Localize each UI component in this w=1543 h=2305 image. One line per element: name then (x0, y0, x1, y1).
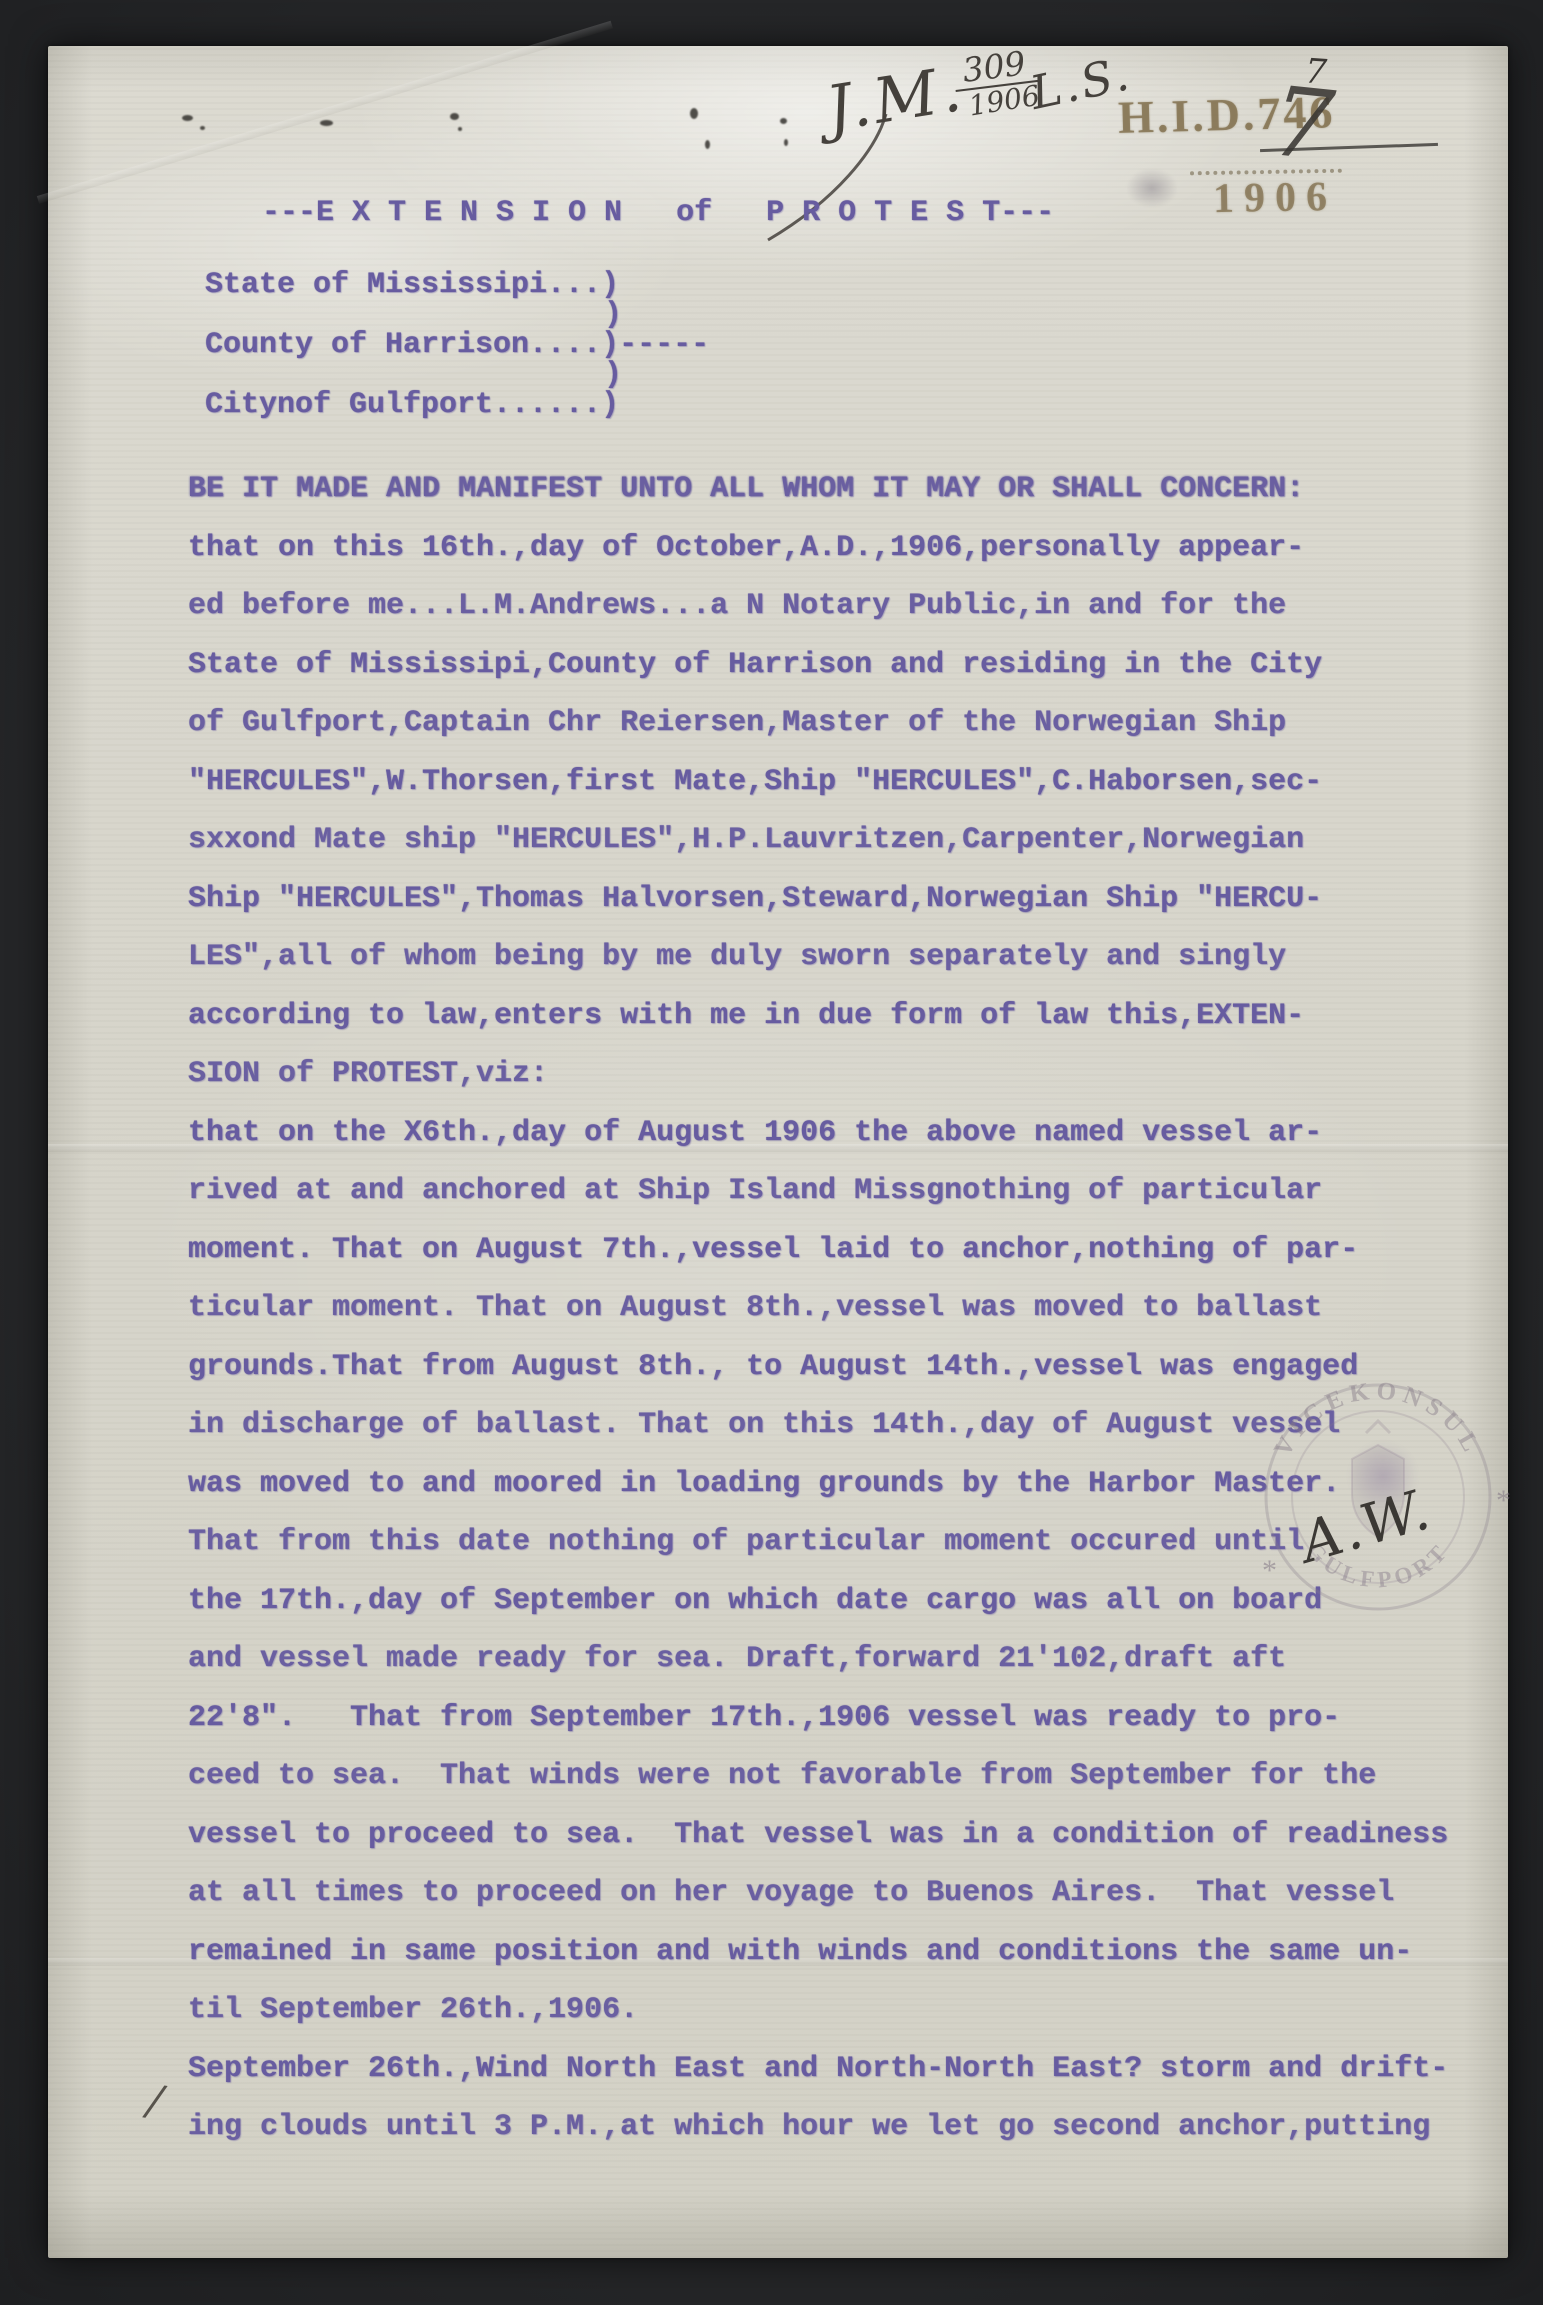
year-stamp: 1906 (1213, 173, 1338, 223)
pencil-margin-tick: / (145, 2075, 166, 2125)
typed-line: according to law,enters with me in due f… (188, 987, 1518, 1046)
typed-line: of Gulfport,Captain Chr Reiersen,Master … (188, 694, 1518, 753)
typed-line: "HERCULES",W.Thorsen,first Mate,Ship "HE… (188, 753, 1518, 812)
typed-line: Ship "HERCULES",Thomas Halvorsen,Steward… (188, 870, 1518, 929)
typed-line: and vessel made ready for sea. Draft,for… (188, 1630, 1518, 1689)
typed-line: remained in same position and with winds… (188, 1923, 1518, 1982)
paper-tear-speck (450, 113, 459, 120)
consulate-star: * (1496, 1484, 1511, 1518)
typed-line: ceed to sea. That winds were not favorab… (188, 1747, 1518, 1806)
typed-body: BE IT MADE AND MANIFEST UNTO ALL WHOM IT… (188, 460, 1518, 2157)
typed-line: moment. That on August 7th.,vessel laid … (188, 1221, 1518, 1280)
photo-background: J.M. 309 1906 L.S. H.I.D.746 7 7 1906 --… (0, 0, 1543, 2305)
typed-line: rived at and anchored at Ship Island Mis… (188, 1162, 1518, 1221)
venue-county: County of Harrison....)----- (205, 328, 709, 362)
typed-line: September 26th.,Wind North East and Nort… (188, 2040, 1518, 2099)
handwritten-initials: J.M. (821, 52, 970, 146)
typed-line: til September 26th.,1906. (188, 1981, 1518, 2040)
paper-tear-speck (200, 126, 205, 130)
stamp-crown (1366, 1421, 1390, 1433)
typed-line: ticular moment. That on August 8th.,vess… (188, 1279, 1518, 1338)
typed-line: 22'8". That from September 17th.,1906 ve… (188, 1689, 1518, 1748)
fold-crease (37, 21, 613, 204)
venue-state: State of Mississipi...) (205, 268, 619, 302)
paper-tear-speck (705, 140, 710, 149)
venue-brace: ) (604, 358, 622, 392)
typed-line: SION of PROTEST,viz: (188, 1045, 1518, 1104)
typed-line: BE IT MADE AND MANIFEST UNTO ALL WHOM IT… (188, 460, 1518, 519)
typed-line: at all times to proceed on her voyage to… (188, 1864, 1518, 1923)
document-page: J.M. 309 1906 L.S. H.I.D.746 7 7 1906 --… (48, 46, 1508, 2258)
typed-line: State of Mississipi,County of Harrison a… (188, 636, 1518, 695)
typed-line: that on this 16th.,day of October,A.D.,1… (188, 519, 1518, 578)
venue-city: Citynof Gulfport......) (205, 388, 619, 422)
paper-tear-speck (320, 120, 333, 126)
paper-tear-speck (182, 115, 193, 121)
venue-brace: ) (604, 298, 622, 332)
typed-line: LES",all of whom being by me duly sworn … (188, 928, 1518, 987)
consulate-star: * (1262, 1554, 1277, 1588)
paper-tear-speck (690, 108, 698, 119)
typed-line: vessel to proceed to sea. That vessel wa… (188, 1806, 1518, 1865)
typed-line: that on the X6th.,day of August 1906 the… (188, 1104, 1518, 1163)
typed-line: ing clouds until 3 P.M.,at which hour we… (188, 2098, 1518, 2157)
stamp-smudge (1126, 168, 1178, 208)
paper-tear-speck (458, 127, 462, 131)
document-title: ---E X T E N S I O N of P R O T E S T--- (262, 196, 1054, 230)
handwritten-seven-large: 7 (1267, 73, 1338, 175)
typed-line: sxxond Mate ship "HERCULES",H.P.Lauvritz… (188, 811, 1518, 870)
typed-line: ed before me...L.M.Andrews...a N Notary … (188, 577, 1518, 636)
